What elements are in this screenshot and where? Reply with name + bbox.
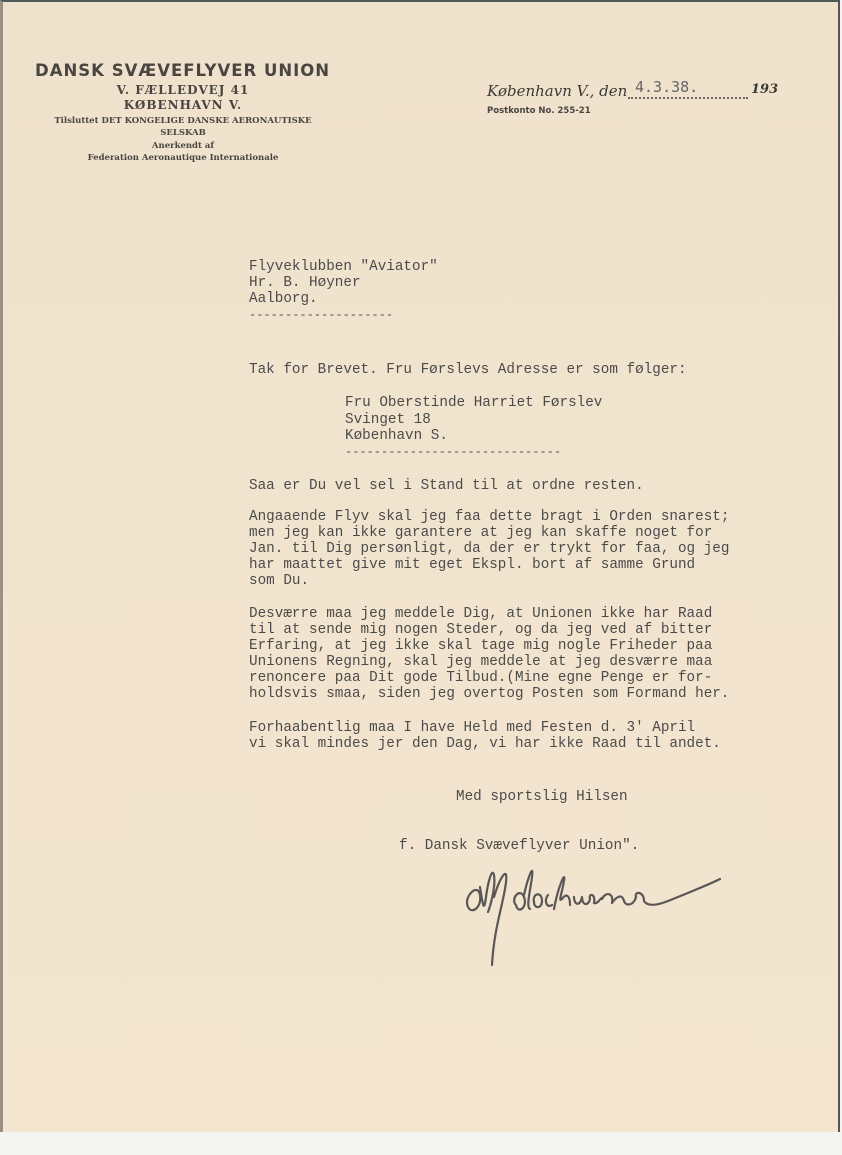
letterhead-street: V. FÆLLEDVEJ 41 — [103, 83, 263, 97]
paragraph-2-line: men jeg kan ikke garantere at jeg kan sk… — [249, 525, 712, 541]
address-rule: ------------------------------ — [345, 444, 561, 460]
paragraph-2-line: har maattet give mit eget Ekspl. bort af… — [249, 557, 695, 573]
postkonto: Postkonto No. 255-21 — [487, 106, 591, 116]
dateline-date: 4.3.38. — [635, 78, 698, 96]
letterhead-recognition-2: Federation Aeronautique Internationale — [23, 153, 343, 163]
recipient-line: Hr. B. Høyner — [249, 275, 361, 291]
address-line: København S. — [345, 428, 448, 444]
paragraph-4-line: vi skal mindes jer den Dag, vi har ikke … — [249, 736, 721, 752]
paragraph-2-line: Angaaende Flyv skal jeg faa dette bragt … — [249, 509, 729, 525]
closing-sender: f. Dansk Svæveflyver Union". — [399, 838, 639, 854]
address-line: Svinget 18 — [345, 412, 431, 428]
paragraph-3-line: holdsvis smaa, siden jeg overtog Posten … — [249, 686, 729, 702]
letterhead-city: KØBENHAVN V. — [103, 98, 263, 112]
letterhead-affiliation: Tilsluttet DET KONGELIGE DANSKE AERONAUT… — [23, 116, 343, 126]
recipient-line: Flyveklubben "Aviator" — [249, 259, 438, 275]
dateline-place: København V., den — [487, 82, 627, 100]
recipient-rule: -------------------- — [249, 307, 393, 323]
closing-salutation: Med sportslig Hilsen — [456, 789, 628, 805]
paragraph-3-line: Erfaring, at jeg ikke skal tage mig nogl… — [249, 638, 712, 654]
recipient-line: Aalborg. — [249, 291, 318, 307]
paragraph-4-line: Forhaabentlig maa I have Held med Festen… — [249, 720, 695, 736]
paragraph-3-line: Desværre maa jeg meddele Dig, at Unionen… — [249, 606, 712, 622]
paragraph-3-line: til at sende mig nogen Steder, og da jeg… — [249, 622, 712, 638]
handwritten-signature — [458, 857, 738, 967]
letterhead-organization: DANSK SVÆVEFLYVER UNION — [35, 61, 330, 80]
paragraph-2-line: Jan. til Dig persønligt, da der er trykt… — [249, 541, 729, 557]
paragraph-1: Saa er Du vel sel i Stand til at ordne r… — [249, 478, 644, 494]
letterhead-affiliation-2: SELSKAB — [23, 128, 343, 138]
paragraph-2-line: som Du. — [249, 573, 309, 589]
intro-text: Tak for Brevet. Fru Førslevs Adresse er … — [249, 362, 687, 378]
paragraph-3-line: renoncere paa Dit gode Tilbud.(Mine egne… — [249, 670, 712, 686]
date-dotted-line — [628, 97, 748, 99]
letterhead-recognition: Anerkendt af — [23, 141, 343, 151]
address-line: Fru Oberstinde Harriet Førslev — [345, 395, 602, 411]
paragraph-3-line: Unionens Regning, skal jeg meddele at je… — [249, 654, 712, 670]
letter-paper: DANSK SVÆVEFLYVER UNION V. FÆLLEDVEJ 41 … — [0, 0, 840, 1132]
dateline-year: 193 — [751, 82, 778, 97]
